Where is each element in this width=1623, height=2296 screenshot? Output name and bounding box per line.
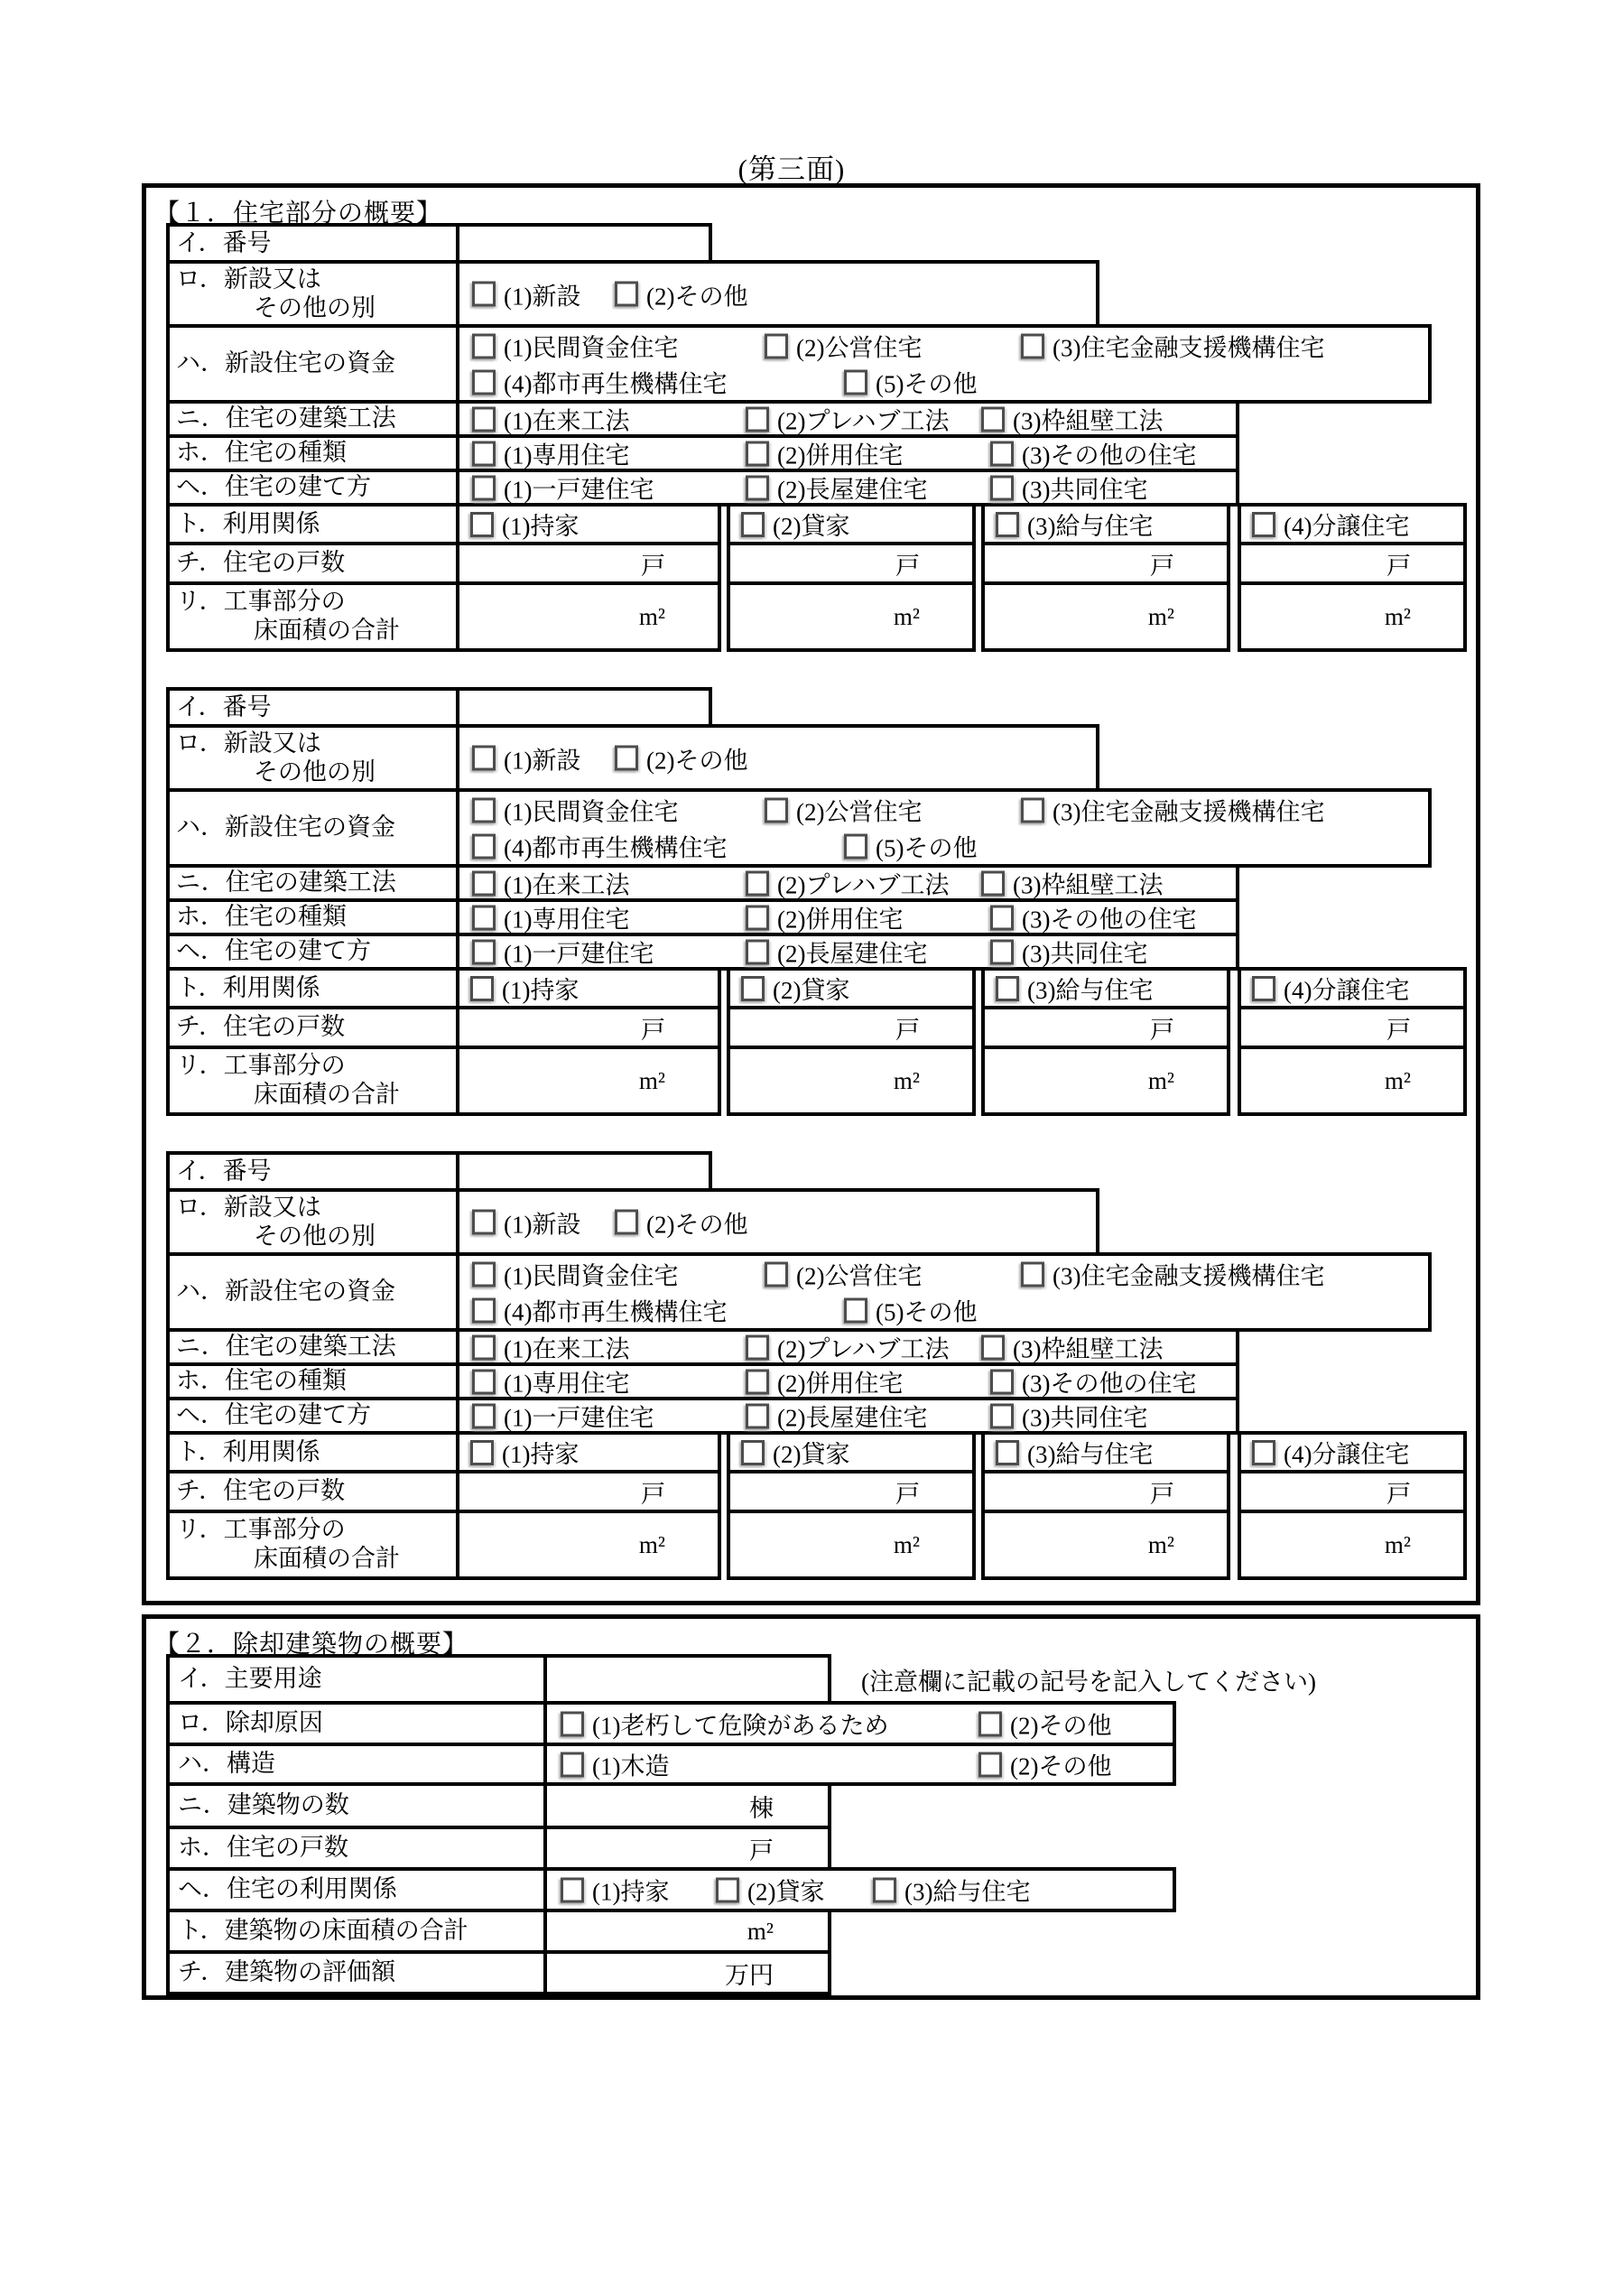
checkbox-icon[interactable] (470, 976, 494, 1001)
option-label: (2)公営住宅 (796, 329, 922, 364)
checkbox-icon[interactable] (716, 1877, 739, 1902)
removal-reason-options: (1)老朽して危険があるため (2)その他 (543, 1701, 1176, 1746)
usage-relation-label: ト．利用関係 (166, 967, 459, 1009)
label-text: チ．住宅の戸数 (176, 1013, 456, 1042)
checkbox-icon[interactable] (844, 1297, 867, 1323)
checkbox-option[interactable]: (2)その他 (615, 276, 747, 311)
checkbox-option[interactable]: (1)新設 (472, 1204, 580, 1240)
structure-options: (1)木造 (2)その他 (543, 1743, 1176, 1786)
option-label: (1)民間資金住宅 (504, 793, 678, 828)
number-input-cell[interactable] (456, 687, 712, 728)
label-text: その他の別 (254, 1222, 456, 1251)
checkbox-icon[interactable] (765, 333, 788, 358)
construction-method-options: (1)在来工法 (2)プレハブ工法 (3)枠組壁工法 (456, 400, 1239, 438)
row-building-count: ニ．建築物の数 棟 (166, 1782, 1476, 1829)
checkbox-option[interactable]: (2)長屋建住宅 (746, 1399, 927, 1434)
label-text: ホ．住宅の種類 (176, 1367, 456, 1396)
option-label: (2)その他 (646, 740, 747, 776)
row-construction-method: ニ．住宅の建築工法 (1)在来工法 (2)プレハブ工法 (3)枠組壁工法 (166, 864, 1476, 902)
checkbox-icon[interactable] (765, 797, 788, 823)
checkbox-icon[interactable] (746, 406, 769, 432)
label-text: その他の別 (254, 758, 456, 787)
row-floor-area: リ．工事部分の 床面積の合計 m² m² m² m² (166, 581, 1476, 652)
checkbox-option[interactable]: (3)枠組壁工法 (981, 1330, 1163, 1365)
option-label: (1)在来工法 (504, 866, 629, 901)
floor-area-input-cell[interactable]: m² (456, 581, 721, 652)
row-number: イ．番号 (166, 687, 1476, 728)
floor-area-input-cell[interactable]: m² (727, 581, 976, 652)
option-label: (1)新設 (504, 276, 580, 311)
checkbox-option[interactable]: (4)分譲住宅 (1238, 503, 1467, 545)
checkbox-icon[interactable] (561, 1877, 584, 1902)
checkbox-option[interactable]: (2)貸家 (716, 1873, 824, 1908)
checkbox-icon[interactable] (472, 441, 496, 466)
checkbox-icon[interactable] (981, 870, 1005, 896)
row-removal-reason: ロ．除却原因 (1)老朽して危険があるため (2)その他 (166, 1701, 1476, 1746)
label-text: イ．番号 (176, 229, 456, 258)
label-text: イ．主要用途 (178, 1665, 543, 1694)
label-text: ロ．新設又は (176, 1194, 456, 1222)
option-label: (3)その他の住宅 (1022, 436, 1196, 471)
checkbox-icon[interactable] (472, 406, 496, 432)
floor-area2-input-cell[interactable]: m² (543, 1909, 831, 1954)
checkbox-option[interactable]: (1)一戸建住宅 (472, 1399, 654, 1434)
option-label: (3)枠組壁工法 (1013, 402, 1163, 437)
checkbox-icon[interactable] (996, 1440, 1019, 1465)
checkbox-option[interactable]: (2)貸家 (727, 967, 976, 1009)
row-unit-count: チ．住宅の戸数 戸 戸 戸 戸 (166, 1470, 1476, 1513)
label-text: ヘ．住宅の利用関係 (178, 1875, 543, 1904)
checkbox-option[interactable]: (5)その他 (844, 829, 977, 864)
unit-count-input-cell[interactable]: 戸 (456, 1470, 721, 1513)
checkbox-option[interactable]: (3)給与住宅 (981, 503, 1230, 545)
label-text: チ．住宅の戸数 (176, 549, 456, 578)
checkbox-icon[interactable] (1021, 1261, 1044, 1287)
checkbox-option[interactable]: (2)プレハブ工法 (746, 866, 950, 901)
section2-heading: 【２．除却建築物の概要】 (146, 1619, 1476, 1654)
option-label: (4)分譲住宅 (1284, 507, 1409, 542)
funds-options: (1)民間資金住宅 (2)公営住宅 (3)住宅金融支援機構住宅 (4)都市再生機… (456, 324, 1432, 404)
checkbox-icon[interactable] (990, 1403, 1014, 1428)
construction-method-label: ニ．住宅の建築工法 (166, 1328, 459, 1366)
floor-area-input-cell[interactable]: m² (456, 1046, 721, 1116)
checkbox-icon[interactable] (472, 1369, 496, 1394)
option-label: (2)その他 (646, 1204, 747, 1240)
section1-heading: 【１．住宅部分の概要】 (146, 188, 1476, 223)
section-housing-overview: 【１．住宅部分の概要】 イ．番号 ロ．新設又は その他の別 (1)新設 (2)そ (142, 183, 1480, 1605)
checkbox-option[interactable]: (1)専用住宅 (472, 900, 629, 935)
row-number: イ．番号 (166, 1151, 1476, 1192)
number-input-cell[interactable] (456, 1151, 712, 1192)
checkbox-icon[interactable] (990, 939, 1014, 964)
option-label: (2)その他 (646, 276, 747, 311)
option-label: (5)その他 (876, 365, 977, 400)
checkbox-icon[interactable] (472, 905, 496, 930)
checkbox-icon[interactable] (746, 1334, 769, 1360)
checkbox-icon[interactable] (472, 939, 496, 964)
checkbox-icon[interactable] (978, 1711, 1002, 1736)
checkbox-option[interactable]: (3)給与住宅 (981, 1431, 1230, 1473)
checkbox-option[interactable]: (1)在来工法 (472, 402, 629, 437)
checkbox-option[interactable]: (2)プレハブ工法 (746, 1330, 950, 1365)
option-label: (2)その他 (1010, 1747, 1111, 1782)
floor-area-input-cell[interactable]: m² (1238, 1510, 1467, 1580)
checkbox-option[interactable]: (2)その他 (978, 1747, 1111, 1782)
checkbox-option[interactable]: (2)公営住宅 (765, 1257, 922, 1292)
new-or-other-label: ロ．新設又は その他の別 (166, 260, 459, 328)
checkbox-option[interactable]: (3)給与住宅 (873, 1873, 1030, 1908)
checkbox-option[interactable]: (3)その他の住宅 (990, 436, 1196, 471)
checkbox-icon[interactable] (746, 1403, 769, 1428)
funds-options-line2: (4)都市再生機構住宅 (5)その他 (459, 828, 1428, 864)
floor-area-input-cell[interactable]: m² (981, 1046, 1230, 1116)
checkbox-option[interactable]: (4)都市再生機構住宅 (472, 1293, 727, 1328)
label-text: イ．番号 (176, 1157, 456, 1186)
funds-options-line1: (1)民間資金住宅 (2)公営住宅 (3)住宅金融支援機構住宅 (459, 328, 1428, 364)
checkbox-option[interactable]: (3)枠組壁工法 (981, 866, 1163, 901)
unit-count-input-cell[interactable]: 戸 (456, 1006, 721, 1049)
row-main-use: イ．主要用途 (注意欄に記載の記号を記入してください) (166, 1654, 1476, 1705)
checkbox-icon[interactable] (472, 797, 496, 823)
floor-area-input-cell[interactable]: m² (981, 1510, 1230, 1580)
checkbox-icon[interactable] (472, 333, 496, 358)
checkbox-option[interactable]: (1)民間資金住宅 (472, 1257, 678, 1292)
unit-count-input-cell[interactable]: 戸 (727, 1006, 976, 1049)
building-style-options: (1)一戸建住宅 (2)長屋建住宅 (3)共同住宅 (456, 469, 1239, 507)
checkbox-option[interactable]: (2)プレハブ工法 (746, 402, 950, 437)
unit-count-label: チ．住宅の戸数 (166, 1006, 459, 1049)
option-label: (2)プレハブ工法 (777, 1330, 950, 1365)
option-label: (3)給与住宅 (1027, 1435, 1153, 1470)
option-label: (3)給与住宅 (1027, 971, 1153, 1006)
option-label: (1)専用住宅 (504, 1364, 629, 1399)
checkbox-option[interactable]: (3)その他の住宅 (990, 1364, 1196, 1399)
option-label: (2)プレハブ工法 (777, 402, 950, 437)
checkbox-option[interactable]: (1)木造 (561, 1747, 669, 1782)
checkbox-option[interactable]: (2)その他 (615, 740, 747, 776)
checkbox-icon[interactable] (981, 1334, 1005, 1360)
checkbox-option[interactable]: (1)老朽して危険があるため (561, 1706, 888, 1742)
checkbox-option[interactable]: (4)都市再生機構住宅 (472, 829, 727, 864)
row-house-type: ホ．住宅の種類 (1)専用住宅 (2)併用住宅 (3)その他の住宅 (166, 1362, 1476, 1400)
checkbox-icon[interactable] (990, 441, 1014, 466)
checkbox-option[interactable]: (3)共同住宅 (990, 1399, 1147, 1434)
checkbox-option[interactable]: (1)一戸建住宅 (472, 470, 654, 506)
checkbox-icon[interactable] (990, 475, 1014, 500)
checkbox-option[interactable]: (1)民間資金住宅 (472, 793, 678, 828)
checkbox-option[interactable]: (5)その他 (844, 1293, 977, 1328)
checkbox-icon[interactable] (765, 1261, 788, 1287)
checkbox-icon[interactable] (996, 512, 1019, 537)
checkbox-icon[interactable] (472, 870, 496, 896)
removed-building-table: イ．主要用途 (注意欄に記載の記号を記入してください) ロ．除却原因 (1)老朽… (166, 1654, 1476, 1995)
option-label: (5)その他 (876, 1293, 977, 1328)
checkbox-icon[interactable] (561, 1752, 584, 1777)
floor-area-label: リ．工事部分の 床面積の合計 (166, 1046, 459, 1116)
checkbox-option[interactable]: (2)長屋建住宅 (746, 934, 927, 970)
checkbox-option[interactable]: (1)持家 (456, 967, 721, 1009)
checkbox-icon[interactable] (746, 475, 769, 500)
checkbox-icon[interactable] (1021, 333, 1044, 358)
funds-options: (1)民間資金住宅 (2)公営住宅 (3)住宅金融支援機構住宅 (4)都市再生機… (456, 1252, 1432, 1332)
checkbox-option[interactable]: (1)新設 (472, 740, 580, 776)
checkbox-icon[interactable] (472, 1261, 496, 1287)
checkbox-option[interactable]: (3)共同住宅 (990, 470, 1147, 506)
house-type-options: (1)専用住宅 (2)併用住宅 (3)その他の住宅 (456, 898, 1239, 936)
checkbox-icon[interactable] (472, 1403, 496, 1428)
unit-count-input-cell[interactable]: 戸 (727, 1470, 976, 1513)
label-text: ハ．新設住宅の資金 (176, 813, 456, 842)
building-style-label: ヘ．住宅の建て方 (166, 1397, 459, 1435)
checkbox-option[interactable]: (2)公営住宅 (765, 793, 922, 828)
label-text: ホ．住宅の種類 (176, 439, 456, 468)
funds-label: ハ．新設住宅の資金 (166, 324, 459, 404)
floor-area-input-cell[interactable]: m² (1238, 581, 1467, 652)
row-new-or-other: ロ．新設又は その他の別 (1)新設 (2)その他 (166, 724, 1476, 792)
checkbox-icon[interactable] (873, 1877, 896, 1902)
label-text: ニ．住宅の建築工法 (176, 1333, 456, 1362)
usage-relation-label: ト．利用関係 (166, 503, 459, 545)
checkbox-option[interactable]: (2)併用住宅 (746, 436, 903, 471)
checkbox-icon[interactable] (472, 746, 496, 771)
checkbox-icon[interactable] (472, 1297, 496, 1323)
row-floor-area2: ト．建築物の床面積の合計 m² (166, 1909, 1476, 1954)
unit-count-input-cell[interactable]: 戸 (981, 1470, 1230, 1513)
new-or-other-options: (1)新設 (2)その他 (456, 1188, 1099, 1256)
label-text: ヘ．住宅の建て方 (176, 473, 456, 502)
option-label: (3)その他の住宅 (1022, 1364, 1196, 1399)
checkbox-option[interactable]: (2)併用住宅 (746, 1364, 903, 1399)
option-label: (2)プレハブ工法 (777, 866, 950, 901)
checkbox-icon[interactable] (615, 282, 638, 307)
checkbox-icon[interactable] (990, 1369, 1014, 1394)
option-label: (1)一戸建住宅 (504, 934, 654, 970)
main-use-note: (注意欄に記載の記号を記入してください) (861, 1654, 1316, 1705)
checkbox-option[interactable]: (2)公営住宅 (765, 329, 922, 364)
unit-count-input-cell[interactable]: 戸 (1238, 542, 1467, 585)
label-text: ハ．構造 (178, 1750, 543, 1779)
checkbox-icon[interactable] (472, 1334, 496, 1360)
new-or-other-label: ロ．新設又は その他の別 (166, 724, 459, 792)
checkbox-icon[interactable] (472, 282, 496, 307)
row-building-style: ヘ．住宅の建て方 (1)一戸建住宅 (2)長屋建住宅 (3)共同住宅 (166, 933, 1476, 971)
checkbox-option[interactable]: (1)在来工法 (472, 866, 629, 901)
checkbox-icon[interactable] (741, 976, 765, 1001)
row-structure: ハ．構造 (1)木造 (2)その他 (166, 1743, 1476, 1786)
structure-label: ハ．構造 (166, 1743, 547, 1786)
checkbox-option[interactable]: (2)貸家 (727, 1431, 976, 1473)
unit-count-label: チ．住宅の戸数 (166, 542, 459, 585)
funds-label: ハ．新設住宅の資金 (166, 788, 459, 868)
checkbox-icon[interactable] (470, 512, 494, 537)
funds-options-line2: (4)都市再生機構住宅 (5)その他 (459, 364, 1428, 400)
floor-area-input-cell[interactable]: m² (727, 1046, 976, 1116)
new-or-other-options: (1)新設 (2)その他 (456, 260, 1099, 328)
label-text: ヘ．住宅の建て方 (176, 937, 456, 966)
checkbox-icon[interactable] (844, 833, 867, 859)
option-label: (3)その他の住宅 (1022, 900, 1196, 935)
option-label: (4)都市再生機構住宅 (504, 1293, 727, 1328)
option-label: (3)枠組壁工法 (1013, 866, 1163, 901)
checkbox-option[interactable]: (3)住宅金融支援機構住宅 (1021, 793, 1324, 828)
building-count-input-cell[interactable]: 棟 (543, 1782, 831, 1829)
checkbox-option[interactable]: (2)その他 (978, 1706, 1111, 1742)
checkbox-option[interactable]: (5)その他 (844, 365, 977, 400)
option-label: (1)一戸建住宅 (504, 470, 654, 506)
floor-area-input-cell[interactable]: m² (981, 581, 1230, 652)
floor-area-input-cell[interactable]: m² (727, 1510, 976, 1580)
row-funds: ハ．新設住宅の資金 (1)民間資金住宅 (2)公営住宅 (3)住宅金融支援機構住… (166, 324, 1476, 404)
checkbox-icon[interactable] (746, 441, 769, 466)
option-label: (1)民間資金住宅 (504, 329, 678, 364)
checkbox-icon[interactable] (996, 976, 1019, 1001)
checkbox-option[interactable]: (4)分譲住宅 (1238, 967, 1467, 1009)
valuation-input-cell[interactable]: 万円 (543, 1950, 831, 1995)
checkbox-icon[interactable] (472, 833, 496, 859)
checkbox-option[interactable]: (1)在来工法 (472, 1330, 629, 1365)
checkbox-icon[interactable] (470, 1440, 494, 1465)
main-use-input-cell[interactable] (543, 1654, 831, 1705)
label-text: ト．利用関係 (176, 510, 456, 539)
checkbox-option[interactable]: (1)一戸建住宅 (472, 934, 654, 970)
label-text: ロ．新設又は (176, 730, 456, 758)
label-text: イ．番号 (176, 693, 456, 722)
checkbox-icon[interactable] (615, 1210, 638, 1235)
checkbox-option[interactable]: (1)専用住宅 (472, 436, 629, 471)
checkbox-option[interactable]: (1)持家 (561, 1873, 669, 1908)
house-type-options: (1)専用住宅 (2)併用住宅 (3)その他の住宅 (456, 434, 1239, 472)
option-label: (2)貸家 (773, 1435, 849, 1470)
label-text: ハ．新設住宅の資金 (176, 1278, 456, 1306)
floor-area-label: リ．工事部分の 床面積の合計 (166, 581, 459, 652)
checkbox-option[interactable]: (2)併用住宅 (746, 900, 903, 935)
label-text: ト．利用関係 (176, 974, 456, 1003)
checkbox-option[interactable]: (4)分譲住宅 (1238, 1431, 1467, 1473)
option-label: (1)新設 (504, 740, 580, 776)
checkbox-icon[interactable] (741, 512, 765, 537)
checkbox-option[interactable]: (3)住宅金融支援機構住宅 (1021, 329, 1324, 364)
option-label: (4)都市再生機構住宅 (504, 829, 727, 864)
row-new-or-other: ロ．新設又は その他の別 (1)新設 (2)その他 (166, 1188, 1476, 1256)
checkbox-icon[interactable] (844, 369, 867, 395)
label-text: ニ．住宅の建築工法 (176, 869, 456, 897)
checkbox-option[interactable]: (3)その他の住宅 (990, 900, 1196, 935)
label-text: リ．工事部分の (176, 588, 456, 617)
label-text: 床面積の合計 (254, 617, 456, 646)
label-text: ハ．新設住宅の資金 (176, 349, 456, 378)
checkbox-option[interactable]: (1)専用住宅 (472, 1364, 629, 1399)
label-text: チ．建築物の評価額 (178, 1958, 543, 1987)
checkbox-option[interactable]: (3)給与住宅 (981, 967, 1230, 1009)
checkbox-icon[interactable] (981, 406, 1005, 432)
checkbox-option[interactable]: (1)新設 (472, 276, 580, 311)
row-usage-relation: ト．利用関係 (1)持家 (2)貸家 (3)給与住宅 (4)分譲住宅 (166, 503, 1476, 545)
checkbox-option[interactable]: (1)持家 (456, 503, 721, 545)
checkbox-icon[interactable] (1252, 512, 1275, 537)
checkbox-option[interactable]: (2)その他 (615, 1204, 747, 1240)
checkbox-icon[interactable] (472, 369, 496, 395)
new-or-other-label: ロ．新設又は その他の別 (166, 1188, 459, 1256)
usage-relation2-options: (1)持家 (2)貸家 (3)給与住宅 (543, 1867, 1176, 1912)
label-text: ロ．新設又は (176, 265, 456, 294)
checkbox-icon[interactable] (746, 870, 769, 896)
checkbox-icon[interactable] (1021, 797, 1044, 823)
floor-area-input-cell[interactable]: m² (456, 1510, 721, 1580)
label-text: ホ．住宅の戸数 (178, 1834, 543, 1863)
option-label: (4)都市再生機構住宅 (504, 365, 727, 400)
option-label: (1)持家 (502, 1435, 579, 1470)
funds-options-line1: (1)民間資金住宅 (2)公営住宅 (3)住宅金融支援機構住宅 (459, 792, 1428, 828)
checkbox-icon[interactable] (978, 1752, 1002, 1777)
checkbox-icon[interactable] (615, 746, 638, 771)
number-input-cell[interactable] (456, 223, 712, 264)
dwelling-count-input-cell[interactable]: 戸 (543, 1826, 831, 1871)
checkbox-icon[interactable] (1252, 1440, 1275, 1465)
checkbox-option[interactable]: (1)民間資金住宅 (472, 329, 678, 364)
label-text: リ．工事部分の (176, 1516, 456, 1545)
checkbox-icon[interactable] (472, 1210, 496, 1235)
label-text: 床面積の合計 (254, 1081, 456, 1110)
unit-count-input-cell[interactable]: 戸 (1238, 1006, 1467, 1049)
checkbox-option[interactable]: (2)長屋建住宅 (746, 470, 927, 506)
checkbox-option[interactable]: (3)枠組壁工法 (981, 402, 1163, 437)
building-style-label: ヘ．住宅の建て方 (166, 933, 459, 971)
house-type-options: (1)専用住宅 (2)併用住宅 (3)その他の住宅 (456, 1362, 1239, 1400)
checkbox-option[interactable]: (3)住宅金融支援機構住宅 (1021, 1257, 1324, 1292)
unit-count-label: チ．住宅の戸数 (166, 1470, 459, 1513)
option-label: (3)共同住宅 (1022, 1399, 1147, 1434)
checkbox-icon[interactable] (561, 1711, 584, 1736)
unit-count-input-cell[interactable]: 戸 (727, 542, 976, 585)
unit-count-input-cell[interactable]: 戸 (1238, 1470, 1467, 1513)
checkbox-option[interactable]: (4)都市再生機構住宅 (472, 365, 727, 400)
floor-area-label: リ．工事部分の 床面積の合計 (166, 1510, 459, 1580)
option-label: (3)給与住宅 (904, 1873, 1030, 1908)
option-label: (3)共同住宅 (1022, 934, 1147, 970)
checkbox-icon[interactable] (746, 905, 769, 930)
label-text: ト．建築物の床面積の合計 (178, 1917, 543, 1946)
checkbox-option[interactable]: (1)持家 (456, 1431, 721, 1473)
construction-method-label: ニ．住宅の建築工法 (166, 400, 459, 438)
unit-count-input-cell[interactable]: 戸 (981, 542, 1230, 585)
checkbox-icon[interactable] (472, 475, 496, 500)
form-page: (第三面) 【１．住宅部分の概要】 イ．番号 ロ．新設又は その他の別 (1)新… (0, 0, 1623, 2296)
option-label: (1)新設 (504, 1204, 580, 1240)
option-label: (1)専用住宅 (504, 900, 629, 935)
checkbox-icon[interactable] (1252, 976, 1275, 1001)
row-funds: ハ．新設住宅の資金 (1)民間資金住宅 (2)公営住宅 (3)住宅金融支援機構住… (166, 788, 1476, 868)
option-label: (3)住宅金融支援機構住宅 (1053, 1257, 1324, 1292)
option-label: (2)長屋建住宅 (777, 1399, 927, 1434)
checkbox-icon[interactable] (990, 905, 1014, 930)
house-type-label: ホ．住宅の種類 (166, 898, 459, 936)
checkbox-option[interactable]: (3)共同住宅 (990, 934, 1147, 970)
unit-count-input-cell[interactable]: 戸 (981, 1006, 1230, 1049)
row-floor-area: リ．工事部分の 床面積の合計 m² m² m² m² (166, 1046, 1476, 1116)
option-label: (2)その他 (1010, 1706, 1111, 1742)
row-construction-method: ニ．住宅の建築工法 (1)在来工法 (2)プレハブ工法 (3)枠組壁工法 (166, 1328, 1476, 1366)
construction-method-options: (1)在来工法 (2)プレハブ工法 (3)枠組壁工法 (456, 1328, 1239, 1366)
house-type-label: ホ．住宅の種類 (166, 434, 459, 472)
floor-area-input-cell[interactable]: m² (1238, 1046, 1467, 1116)
checkbox-icon[interactable] (746, 1369, 769, 1394)
checkbox-icon[interactable] (746, 939, 769, 964)
checkbox-icon[interactable] (741, 1440, 765, 1465)
checkbox-option[interactable]: (2)貸家 (727, 503, 976, 545)
option-label: (1)持家 (592, 1873, 669, 1908)
unit-count-input-cell[interactable]: 戸 (456, 542, 721, 585)
row-construction-method: ニ．住宅の建築工法 (1)在来工法 (2)プレハブ工法 (3)枠組壁工法 (166, 400, 1476, 438)
